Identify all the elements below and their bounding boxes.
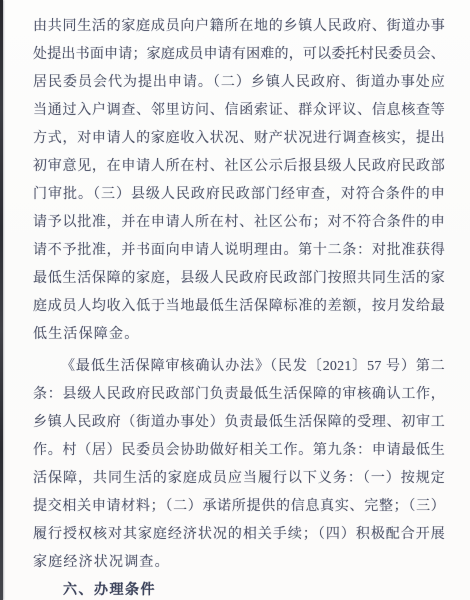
text-line: 家庭经济状况调查。 xyxy=(33,549,445,577)
text-line: 最低生活保障的家庭，县级人民政府民政部门按照共同生活的家 xyxy=(33,265,445,293)
text-line: 请不予批准，并书面向申请人说明理由。第十二条：对批准获得 xyxy=(33,237,445,265)
scan-edge-artifact xyxy=(0,0,3,600)
text-line: 由共同生活的家庭成员向户籍所在地的乡镇人民政府、街道办事 xyxy=(33,13,445,41)
document-page: 由共同生活的家庭成员向户籍所在地的乡镇人民政府、街道办事 处提出书面申请；家庭成… xyxy=(0,0,470,600)
text-line: 作。村（居）民委员会协助做好相关工作。第九条：申请最低生 xyxy=(33,437,445,465)
section-heading: 六、办理条件 xyxy=(33,577,445,600)
text-line: 门审批。（三）县级人民政府民政部门经审查，对符合条件的申 xyxy=(33,181,445,209)
text-line: 当通过入户调查、邻里访问、信函索证、群众评议、信息核查等 xyxy=(33,97,445,125)
text-block: 由共同生活的家庭成员向户籍所在地的乡镇人民政府、街道办事 处提出书面申请；家庭成… xyxy=(33,13,445,600)
text-line: 请予以批准，并在申请人所在村、社区公布；对不符合条件的申 xyxy=(33,209,445,237)
text-line: 方式，对申请人的家庭收入状况、财产状况进行调查核实，提出 xyxy=(33,125,445,153)
text-line: 庭成员人均收入低于当地最低生活保障标准的差额，按月发给最 xyxy=(33,293,445,321)
text-line: 居民委员会代为提出申请。（二）乡镇人民政府、街道办事处应 xyxy=(33,69,445,97)
text-line: 履行授权核对其家庭经济状况的相关手续；（四）积极配合开展 xyxy=(33,521,445,549)
text-line: 低生活保障金。 xyxy=(33,321,445,349)
text-line: 条：县级人民政府民政部门负责最低生活保障的审核确认工作， xyxy=(33,381,445,409)
text-line: 初审意见，在申请人所在村、社区公示后报县级人民政府民政部 xyxy=(33,153,445,181)
text-line: 活保障，共同生活的家庭成员应当履行以下义务：（一）按规定 xyxy=(33,465,445,493)
text-line: 乡镇人民政府（街道办事处）负责最低生活保障的受理、初审工 xyxy=(33,409,445,437)
text-line: 提交相关申请材料；（二）承诺所提供的信息真实、完整；（三） xyxy=(33,493,445,521)
text-line: 《最低生活保障审核确认办法》（民发〔2021〕57 号）第二 xyxy=(33,353,445,381)
text-line: 处提出书面申请；家庭成员申请有困难的，可以委托村民委员会、 xyxy=(33,41,445,69)
